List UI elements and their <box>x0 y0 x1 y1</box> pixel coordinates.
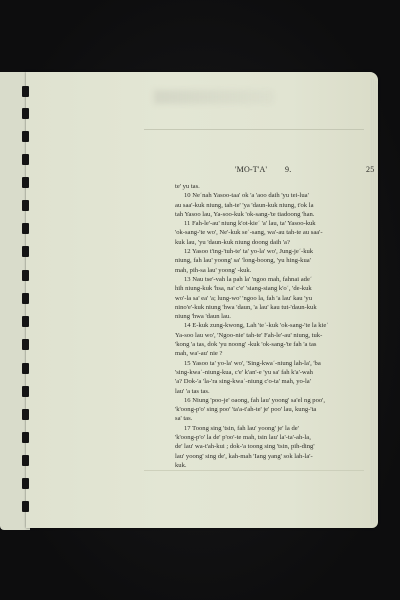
body-text: te' yu tas.10 Neʿnah Yasoo-taa' ok 'a 'a… <box>175 182 371 470</box>
header-title: 'MO-T'A' <box>235 165 267 174</box>
text-line: tah Yasoo lau, Ya-soo-kuk 'ok-sang-'te t… <box>175 210 371 219</box>
binding-hole-icon <box>22 409 29 420</box>
text-line: lau' 'a tas tas. <box>175 387 371 396</box>
text-line: 'k'oong-p'o' la de' p'oo'-te mah, tsin l… <box>175 433 371 442</box>
text-line: 'ok-sang-'te wo', Ne'-kuk seʿ-sang, wa'-… <box>175 228 371 237</box>
paragraph-first-line: 17 Toong sing 'tsin, fah lau' yoong' je'… <box>175 424 371 433</box>
show-through-text <box>154 90 274 104</box>
text-line: wo'-la sa' ea' 'a; lung-wo' 'ngoo la, fa… <box>175 294 371 303</box>
text-line: lau' yoong' sing de', kah-mah 'Iang yang… <box>175 452 371 461</box>
text-line: mah, pih-sa lau' yoong' -kuk. <box>175 266 371 275</box>
paragraph-first-line: 11 Fah-le'-au' niung k'ot-kieʿ 'a' lau, … <box>175 219 371 228</box>
text-line: sa' tas. <box>175 414 371 423</box>
paragraph-first-line: 12 Yasoo t'ing-'tuh-te' ta' yo-la' wo', … <box>175 247 371 256</box>
paragraph-first-line: 14 E-kuk zung-kwong, Lah 'teʿ-kuk 'ok-sa… <box>175 321 371 330</box>
binding-hole-icon <box>22 154 29 165</box>
text-line: Ya-soo lau wo', 'Ngoo-nie' tah-te' Fah-l… <box>175 331 371 340</box>
page-number: 25 <box>366 165 374 174</box>
binding-hole-icon <box>22 339 29 350</box>
spiral-binding <box>22 86 32 526</box>
text-line: nino'e'-kuk niung 'hwa 'daun, 'a lau' ka… <box>175 303 371 312</box>
binding-hole-icon <box>22 455 29 466</box>
binding-hole-icon <box>22 478 29 489</box>
text-line: 'sing-kwaʿ-niung-kua, c'e' k'an'-e 'yu s… <box>175 368 371 377</box>
text-line: 'a? Dok-'a 'la-'ra sing-kwaʿ-niung c'o-t… <box>175 377 371 386</box>
paragraph-first-line: 10 Neʿnah Yasoo-taa' ok 'a 'aoo daih 'yu… <box>175 191 371 200</box>
binding-hole-icon <box>22 246 29 257</box>
binding-hole-icon <box>22 86 29 97</box>
text-line: mah, wa'-au' nie ? <box>175 349 371 358</box>
header-chapter: 9. <box>285 165 291 174</box>
binding-hole-icon <box>22 293 29 304</box>
paragraph-first-line: 15 Yasoo ta' yo-la' wo', 'Sing-kwaʿ-niun… <box>175 359 371 368</box>
text-line: kuk. <box>175 461 371 470</box>
text-line: niung, fah lau' yoong' sa' 'long-boong, … <box>175 256 371 265</box>
binding-hole-icon <box>22 223 29 234</box>
binding-hole-icon <box>22 386 29 397</box>
text-line: au saa'-kuk niung, tah-te' 'ya 'daun-kuk… <box>175 201 371 210</box>
binding-hole-icon <box>22 177 29 188</box>
binding-hole-icon <box>22 200 29 211</box>
paragraph-first-line: 13 Nau tse'-vah la pah la' 'ngoo mah, fa… <box>175 275 371 284</box>
binding-hole-icon <box>22 501 29 512</box>
paragraph-first-line: 16 Niung 'poo-je' oaong, fah lau' yoong'… <box>175 396 371 405</box>
binding-hole-icon <box>22 270 29 281</box>
text-line: niung 'hwa 'daun lau. <box>175 312 371 321</box>
text-line: te' yu tas. <box>175 182 371 191</box>
text-line: kuk lau, 'yu 'daun-kuk niung doong daih … <box>175 238 371 247</box>
binding-hole-icon <box>22 363 29 374</box>
binding-hole-icon <box>22 131 29 142</box>
text-line: de' lau' wa-t'ah-kui ; dok-'a toong sing… <box>175 442 371 451</box>
text-line: hih niung-kuk 'hsa, na' c'e' 'siang-sian… <box>175 284 371 293</box>
binding-hole-icon <box>22 108 29 119</box>
text-line: 'k'oong-p'o' sing poo' 'ta'a-t'ah-te' je… <box>175 405 371 414</box>
binding-hole-icon <box>22 316 29 327</box>
binding-hole-icon <box>22 432 29 443</box>
page-stack-edge <box>370 78 378 524</box>
text-line: 'kong 'a tas, dok 'yu noong' -kuk 'ok-sa… <box>175 340 371 349</box>
